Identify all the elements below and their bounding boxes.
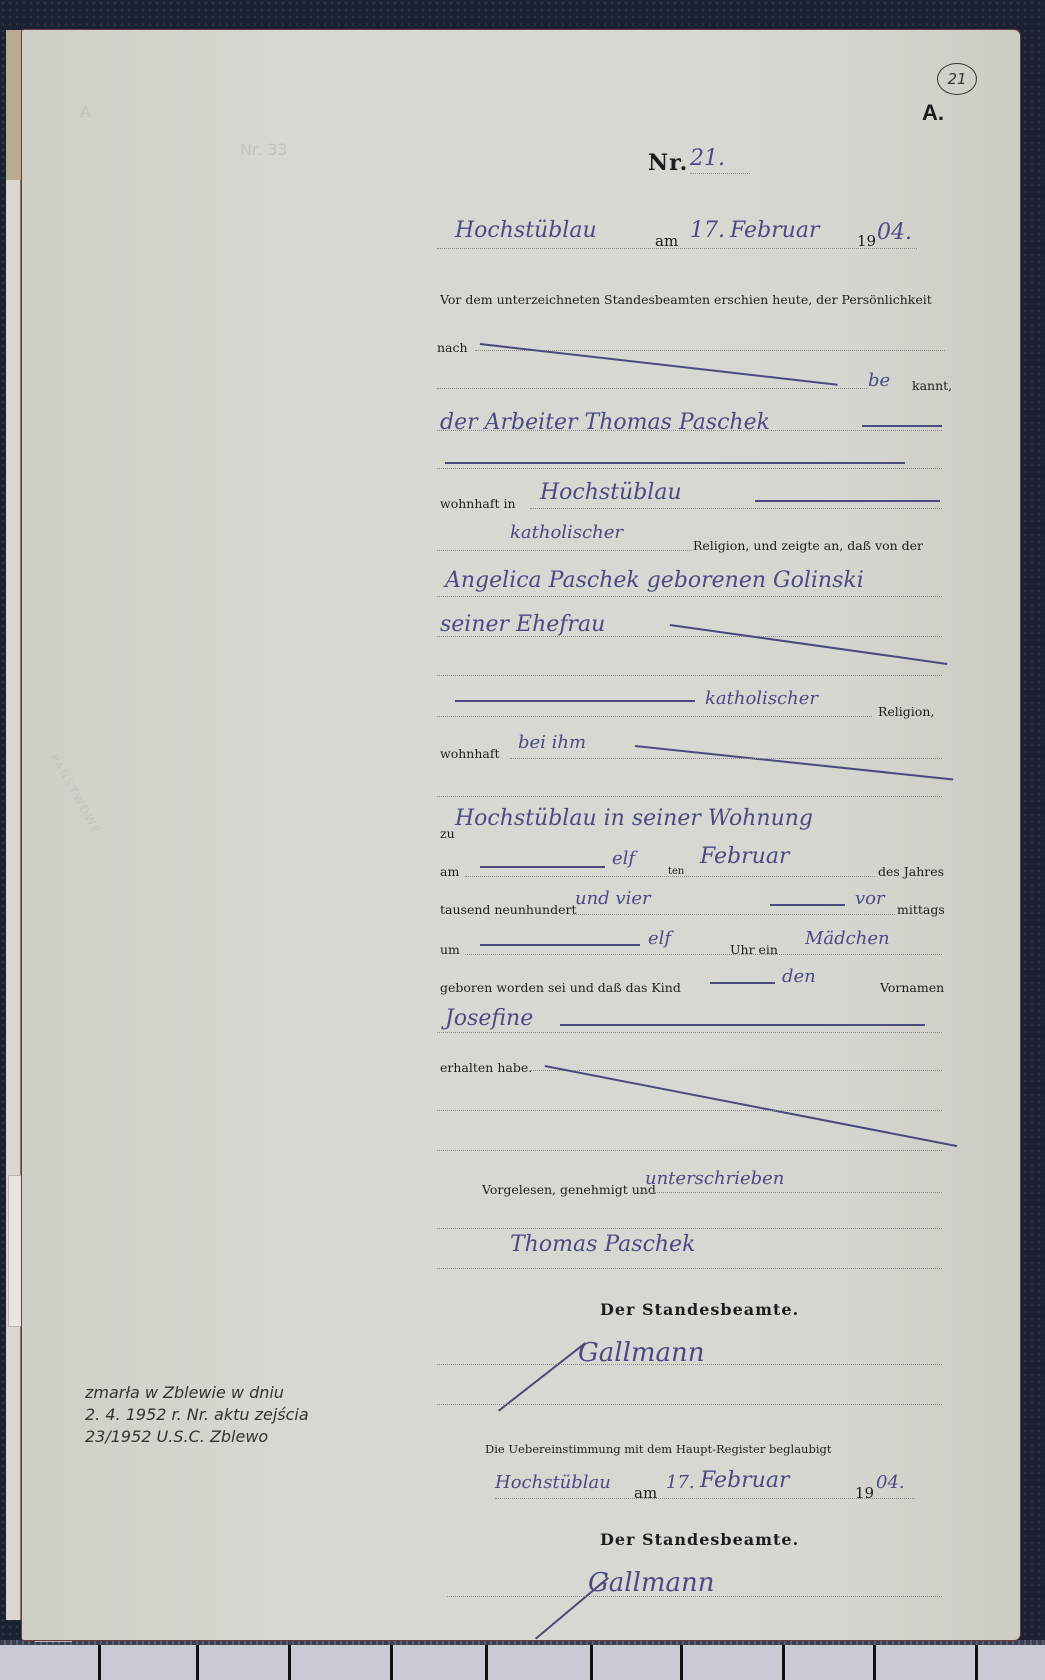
record-number-label: Nr. (648, 150, 688, 176)
vorgelesen-value: unterschrieben (645, 1168, 784, 1189)
cert-day: 17. (666, 1472, 695, 1493)
vormittag-value: vor (855, 888, 885, 909)
informant-signature: Thomas Paschek (510, 1232, 695, 1257)
religion-text: Religion, und zeigte an, daß von der (693, 538, 923, 553)
place-handwritten: Hochstüblau (455, 218, 597, 243)
tausend-label: tausend neunhundert (440, 902, 576, 917)
wohnhaft-in-value: Hochstüblau (540, 480, 682, 505)
zu-label: zu (440, 826, 455, 841)
registrar-title: Der Standesbeamte. (600, 1300, 799, 1319)
mother-relation: seiner Ehefrau (440, 612, 605, 637)
dotted-line (690, 173, 750, 174)
nach-label: nach (437, 340, 468, 355)
dotted-line (437, 1032, 942, 1033)
dotted-line (437, 468, 942, 469)
fill-line (445, 462, 905, 464)
geboren-text: geboren worden sei und daß das Kind (440, 980, 681, 995)
dotted-line (437, 388, 867, 389)
registrar-signature-2: Gallmann (588, 1568, 715, 1598)
dotted-line (437, 796, 942, 797)
dotted-line (495, 1498, 915, 1499)
fill-line (480, 944, 640, 946)
bekannt-handwritten: be (868, 370, 890, 391)
wohnhaft-in-label: wohnhaft in (440, 496, 516, 511)
measuring-ruler (0, 1645, 1045, 1680)
dotted-line (465, 954, 942, 955)
margin-note-line: 2. 4. 1952 r. Nr. aktu zejścia (85, 1404, 309, 1426)
fill-line (455, 700, 695, 702)
fill-line (862, 425, 942, 427)
record-number: 21. (690, 146, 725, 171)
birth-day: elf (612, 848, 635, 869)
dotted-line (447, 1596, 942, 1597)
dotted-line (437, 1404, 942, 1405)
dotted-line (437, 1268, 942, 1269)
cert-am: am (634, 1484, 657, 1502)
certification-text: Die Uebereinstimmung mit dem Haupt-Regis… (485, 1442, 831, 1456)
dotted-line (437, 675, 942, 676)
registrar-title-2: Der Standesbeamte. (600, 1530, 799, 1549)
dotted-line (510, 758, 942, 759)
dotted-line (437, 1110, 942, 1111)
vorgelesen-text: Vorgelesen, genehmigt und (482, 1182, 656, 1197)
dotted-line (437, 430, 942, 431)
dotted-line (437, 596, 942, 597)
fill-line (755, 500, 940, 502)
dotted-line (437, 1150, 942, 1151)
child-name: Josefine (445, 1006, 533, 1031)
dotted-line (465, 876, 875, 877)
margin-death-note: zmarła w Zblewie w dniu 2. 4. 1952 r. Nr… (85, 1382, 309, 1448)
um-label: um (440, 942, 460, 957)
binding-stub (6, 180, 21, 1620)
erhalten-label: erhalten habe. (440, 1060, 532, 1075)
informant-name: der Arbeiter Thomas Paschek (440, 410, 770, 435)
religion-father: katholischer (510, 522, 623, 543)
intro-text: Vor dem unterzeichneten Standesbeamten e… (440, 292, 932, 307)
child-sex: Mädchen (805, 928, 890, 949)
fill-line (480, 866, 605, 868)
den-value: den (782, 966, 816, 987)
margin-note-line: zmarła w Zblewie w dniu (85, 1382, 309, 1404)
mother-name: Angelica Paschek geborenen Golinski (445, 568, 864, 593)
dotted-line (570, 914, 895, 915)
fill-line (710, 982, 775, 984)
margin-note-line: 23/1952 U.S.C. Zblewo (85, 1426, 309, 1448)
birth-year: und vier (575, 888, 651, 909)
birth-hour: elf (648, 928, 671, 949)
birth-month: Februar (700, 844, 789, 869)
dotted-line (437, 636, 942, 637)
bleed-through-number: Nr. 33 (240, 140, 288, 159)
des-jahres-label: des Jahres (878, 864, 944, 879)
section-letter: A. (922, 100, 944, 126)
cert-year-prefix: 19 (855, 1484, 874, 1502)
fill-line (770, 904, 845, 906)
am-label-2: am (440, 864, 459, 879)
cert-year-suffix: 04. (876, 1472, 905, 1493)
cert-place: Hochstüblau (495, 1472, 611, 1493)
cert-month: Februar (700, 1468, 789, 1493)
dotted-line (530, 508, 942, 509)
date-month: Februar (730, 218, 819, 243)
wohnhaft-label: wohnhaft (440, 746, 499, 761)
bekannt-print: kannt, (912, 378, 952, 393)
circled-page-number: 21 (937, 63, 977, 95)
dotted-line (530, 1070, 942, 1071)
dotted-line (437, 550, 692, 551)
birth-place: Hochstüblau in seiner Wohnung (455, 806, 813, 831)
year-suffix: 04. (877, 220, 912, 245)
dotted-line (640, 1192, 942, 1193)
dotted-line (437, 248, 917, 249)
vornamen-label: Vornamen (880, 980, 944, 995)
date-day: 17. (690, 218, 725, 243)
wohnhaft-value: bei ihm (518, 732, 586, 753)
dotted-line (437, 1364, 942, 1365)
mittags-label: mittags (897, 902, 945, 917)
dotted-line (437, 1228, 942, 1229)
dotted-line (437, 716, 872, 717)
religion-label-2: Religion, (878, 704, 934, 719)
fill-line (560, 1024, 925, 1026)
bleed-through-letter: A (80, 102, 91, 121)
religion-mother: katholischer (705, 688, 818, 709)
